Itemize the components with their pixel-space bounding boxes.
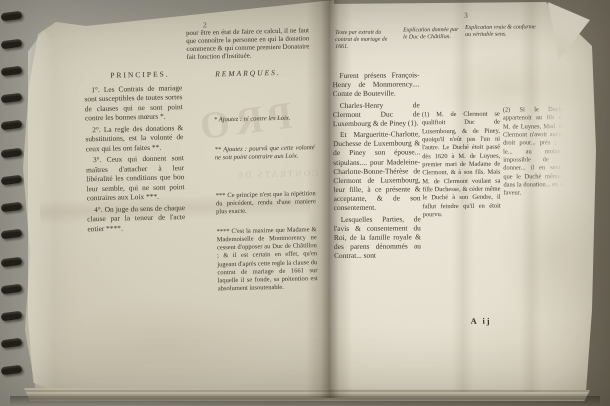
contract-paragraph: Furent présens François-Henry de Monmore… xyxy=(332,70,419,98)
column-header-explication-chatillon: Explication donnée par le Duc de Châtill… xyxy=(403,27,460,41)
right-page-text-layer: 3 Texte par extrait du contrat de mariag… xyxy=(0,0,610,406)
page-number-right: 3 xyxy=(464,11,468,20)
column-header-texte: Texte par extrait du contrat de mariage … xyxy=(335,30,397,51)
contract-paragraph: Lesquelles Parties, de l'avis & consente… xyxy=(334,214,421,261)
contract-text-column: Furent présens François-Henry de Monmore… xyxy=(332,70,421,262)
signature-mark: A ij xyxy=(471,316,511,326)
column-header-explication-vraie: Explication vraie & conforme au véritabl… xyxy=(465,24,539,39)
book-photo: PRO CONTRATS DE 2 pour être en état de f… xyxy=(0,0,610,406)
contract-paragraph: Et Margueritte-Charlotte, Duchesse de Lu… xyxy=(333,129,421,212)
contract-paragraph: Charles-Henry de Clermont Duc de Luxembo… xyxy=(333,100,420,128)
margin-note-2: (2) Si le Duché appartenoit au fils de M… xyxy=(503,106,566,198)
margin-note-1: (1) M. de Clermont se qualifioit Duc de … xyxy=(422,111,501,220)
